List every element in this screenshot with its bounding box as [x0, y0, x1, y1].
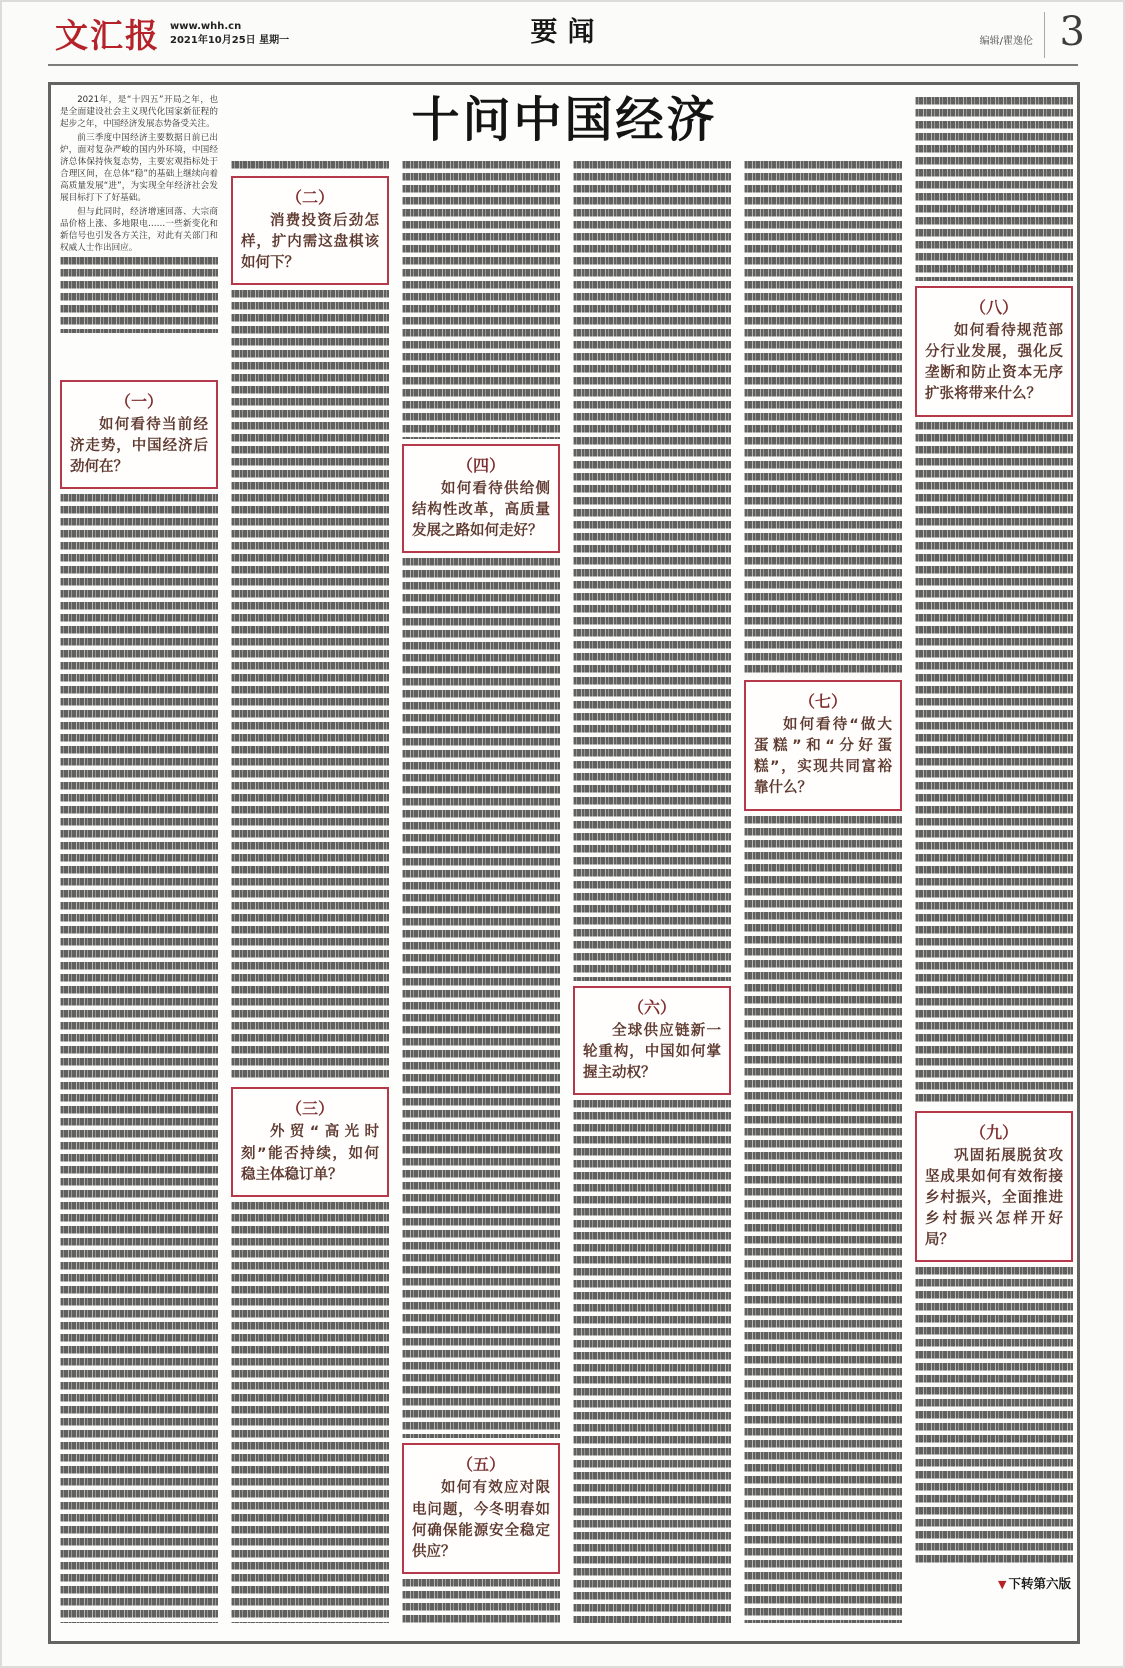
body-text-block	[231, 161, 389, 171]
article-headline: 十问中国经济	[229, 88, 900, 152]
question-box-3: （三） 外贸“高光时刻”能否持续，如何稳主体稳订单？	[231, 1087, 389, 1196]
body-text-block	[60, 494, 218, 1623]
page-number-divider	[1044, 12, 1045, 58]
page-number: 3	[1060, 6, 1085, 58]
question-text: 如何看待规范部分行业发展，强化反垄断和防止资本无序扩张将带来什么？	[925, 321, 1063, 406]
question-text: 如何看待“做大蛋糕”和“分好蛋糕”，实现共同富裕靠什么？	[754, 715, 892, 800]
body-text-block	[60, 257, 218, 333]
body-text-block	[573, 1100, 731, 1623]
question-box-1: （一） 如何看待当前经济走势，中国经济后劲何在？	[60, 380, 218, 489]
body-text-block	[915, 422, 1073, 1106]
question-text: 如何看待当前经济走势，中国经济后劲何在？	[70, 415, 208, 478]
question-box-7: （七） 如何看待“做大蛋糕”和“分好蛋糕”，实现共同富裕靠什么？	[744, 680, 902, 811]
header-rule	[48, 64, 1078, 66]
body-text-block	[402, 558, 560, 1438]
question-text: 外贸“高光时刻”能否持续，如何稳主体稳订单？	[241, 1122, 379, 1185]
column-6: （八） 如何看待规范部分行业发展，强化反垄断和防止资本无序扩张将带来什么？ （九…	[915, 94, 1073, 1626]
column-2: （二） 消费投资后劲怎样，扩内需这盘棋该如何下？ （三） 外贸“高光时刻”能否持…	[231, 158, 389, 1626]
column-4: （六） 全球供应链新一轮重构，中国如何掌握主动权？	[573, 158, 731, 1626]
body-text-block	[402, 1579, 560, 1623]
body-text-block	[915, 1267, 1073, 1567]
bottom-padding	[915, 1592, 1073, 1626]
body-text-block	[744, 816, 902, 1623]
body-text-block	[744, 161, 902, 675]
question-text: 巩固拓展脱贫攻坚成果如何有效衔接乡村振兴，全面推进乡村振兴怎样开好局？	[925, 1146, 1063, 1252]
question-number: （三）	[241, 1096, 379, 1119]
body-text-block	[573, 161, 731, 981]
question-number: （一）	[70, 389, 208, 412]
question-text: 如何有效应对限电问题，今冬明春如何确保能源安全稳定供应？	[412, 1478, 550, 1563]
question-number: （七）	[754, 689, 892, 712]
body-text-block	[915, 97, 1073, 281]
question-number: （九）	[925, 1120, 1063, 1143]
question-box-9: （九） 巩固拓展脱贫攻坚成果如何有效衔接乡村振兴，全面推进乡村振兴怎样开好局？	[915, 1111, 1073, 1263]
column-3: （四） 如何看待供给侧结构性改革，高质量发展之路如何走好？ （五） 如何有效应对…	[402, 158, 560, 1626]
question-box-4: （四） 如何看待供给侧结构性改革，高质量发展之路如何走好？	[402, 444, 560, 553]
intro-paragraph: 2021年，是“十四五”开局之年，也是全面建设社会主义现代化国家新征程的起步之年…	[60, 94, 218, 130]
intro-paragraph: 前三季度中国经济主要数据日前已出炉，面对复杂严峻的国内外环境，中国经济总体保持恢…	[60, 132, 218, 204]
question-number: （四）	[412, 453, 550, 476]
body-text-block	[402, 161, 560, 439]
intro-paragraph: 但与此同时，经济增速回落、大宗商品价格上涨、多地限电……一些新变化和新信号也引发…	[60, 206, 218, 254]
question-box-2: （二） 消费投资后劲怎样，扩内需这盘棋该如何下？	[231, 176, 389, 285]
question-number: （八）	[925, 295, 1063, 318]
question-text: 如何看待供给侧结构性改革，高质量发展之路如何走好？	[412, 479, 550, 542]
editor-credit: 编辑/瞿逸伦	[980, 32, 1033, 47]
continuation-text: 下转第六版	[1008, 1576, 1071, 1591]
question-number: （二）	[241, 185, 379, 208]
question-text: 全球供应链新一轮重构，中国如何掌握主动权？	[583, 1021, 721, 1084]
question-text: 消费投资后劲怎样，扩内需这盘棋该如何下？	[241, 211, 379, 274]
question-box-6: （六） 全球供应链新一轮重构，中国如何掌握主动权？	[573, 986, 731, 1095]
question-box-5: （五） 如何有效应对限电问题，今冬明春如何确保能源安全稳定供应？	[402, 1443, 560, 1574]
newspaper-page: 文汇报 www.whh.cn 2021年10月25日 星期一 要闻 编辑/瞿逸伦…	[0, 0, 1125, 1668]
body-text-block	[231, 290, 389, 1082]
body-text-block	[231, 1202, 389, 1623]
section-title: 要闻	[0, 10, 1125, 49]
column-1: 2021年，是“十四五”开局之年，也是全面建设社会主义现代化国家新征程的起步之年…	[60, 94, 218, 1626]
intro-paragraphs: 2021年，是“十四五”开局之年，也是全面建设社会主义现代化国家新征程的起步之年…	[60, 94, 218, 378]
question-number: （六）	[583, 995, 721, 1018]
column-5: （七） 如何看待“做大蛋糕”和“分好蛋糕”，实现共同富裕靠什么？	[744, 158, 902, 1626]
question-number: （五）	[412, 1452, 550, 1475]
question-box-8: （八） 如何看待规范部分行业发展，强化反垄断和防止资本无序扩张将带来什么？	[915, 286, 1073, 417]
continuation-note: ▼下转第六版	[915, 1570, 1073, 1592]
continuation-triangle-icon: ▼	[998, 1578, 1006, 1591]
